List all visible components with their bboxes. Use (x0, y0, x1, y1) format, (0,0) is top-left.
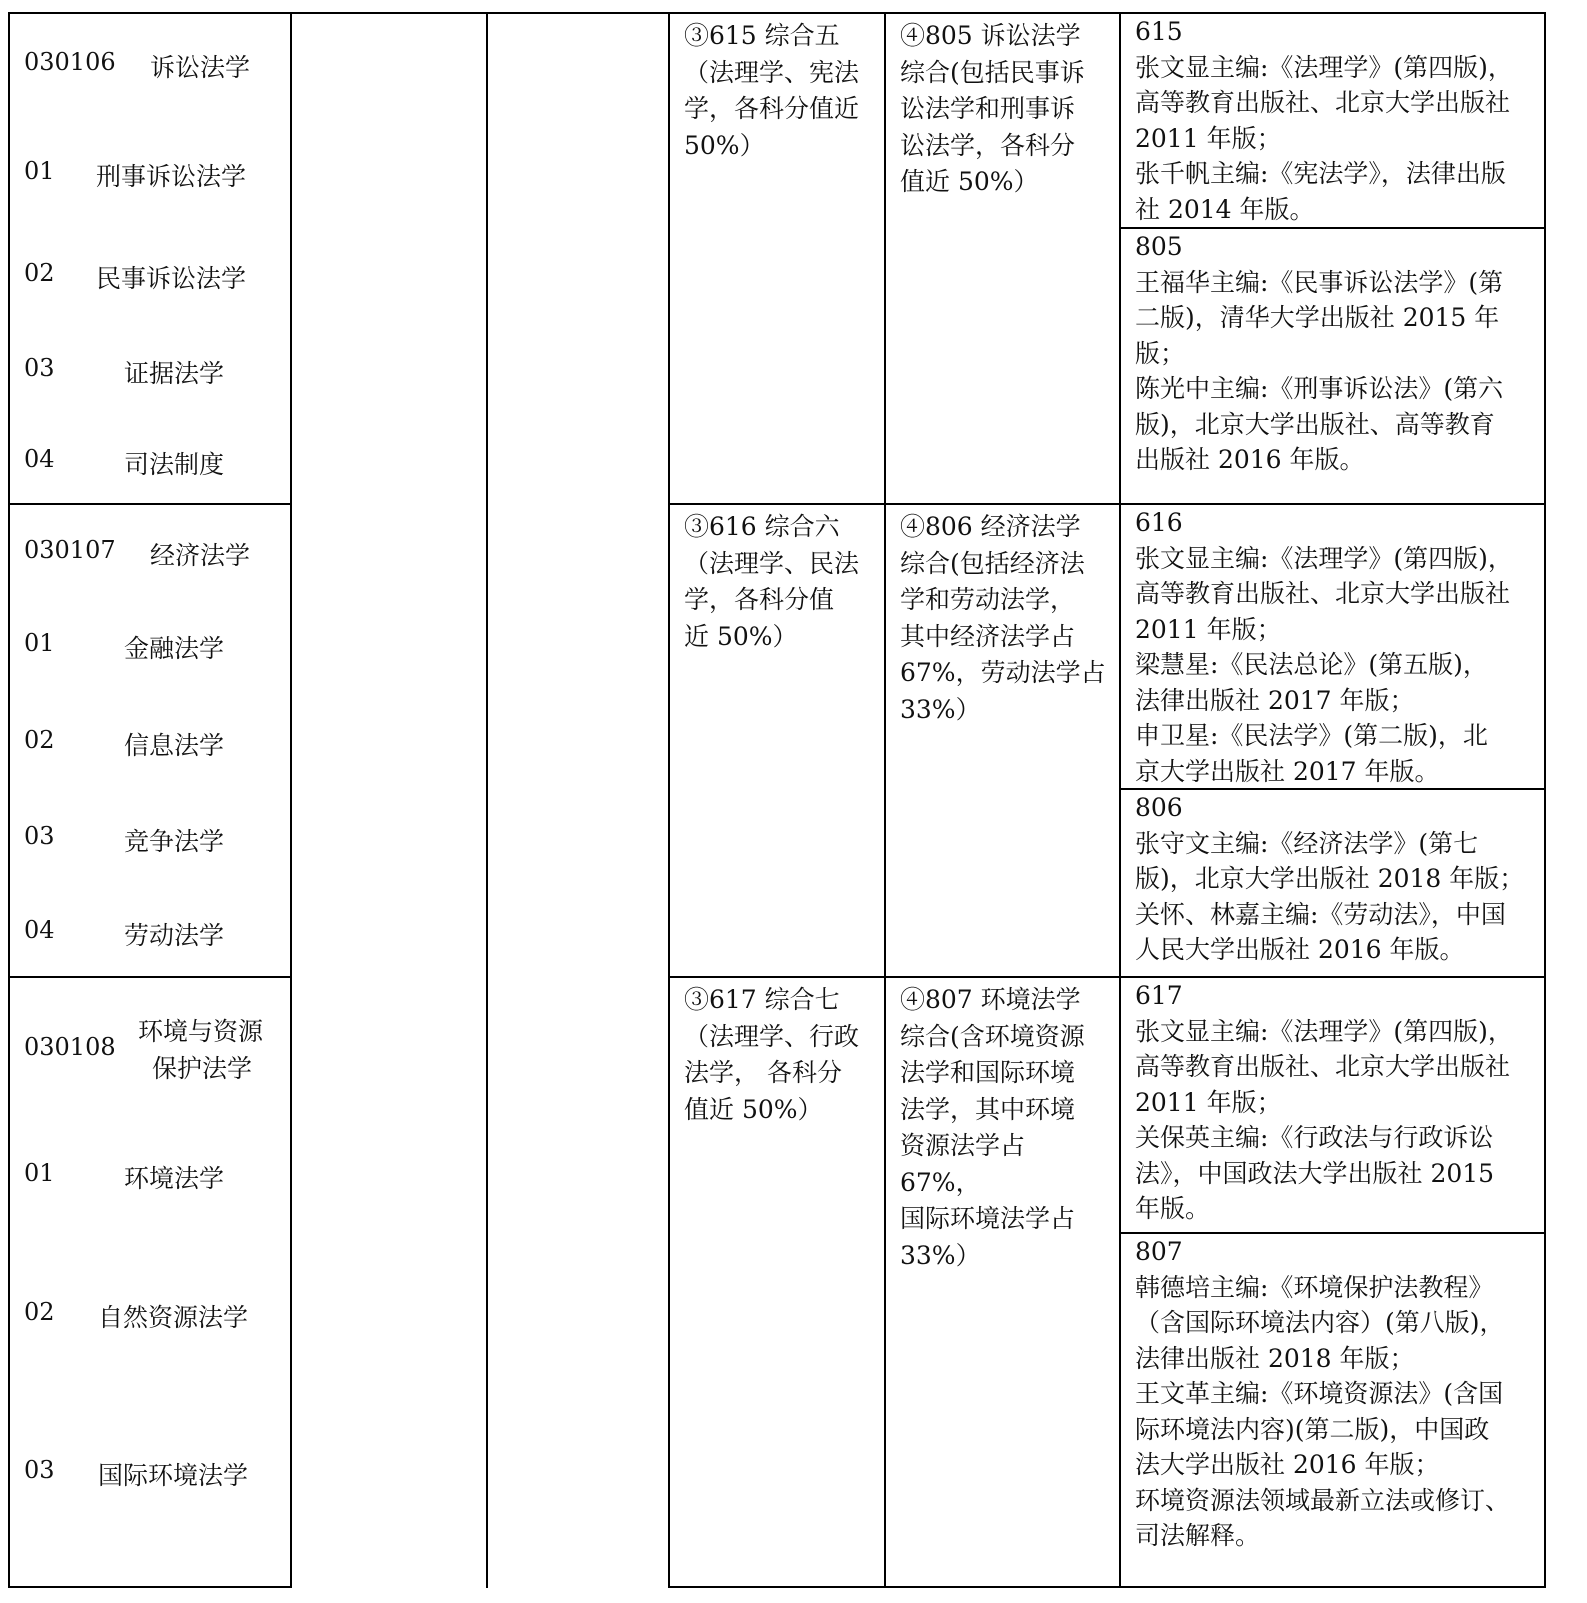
direction-code: 04 (24, 445, 55, 473)
ref-line: 人民大学出版社 2016 年版。 (1135, 932, 1533, 968)
major-code: 030108 (24, 1033, 116, 1061)
direction-name: 证据法学 (124, 354, 224, 390)
ref-line: 张文显主编:《法理学》(第四版)， (1135, 50, 1533, 86)
ref-line: 法律出版社 2017 年版； (1135, 683, 1533, 719)
ref-line: 法》，中国政法大学出版社 2015 (1135, 1156, 1533, 1192)
exam3-line: （法理学、宪法 (684, 55, 872, 92)
col-border-3 (668, 12, 670, 1588)
direction-name: 自然资源法学 (98, 1298, 248, 1334)
ref-line: 张文显主编:《法理学》(第四版)， (1135, 1014, 1533, 1050)
ref-line: 张守文主编:《经济法学》(第七 (1135, 826, 1533, 862)
ref-cell-806: 806 张守文主编:《经济法学》(第七 版)，北京大学出版社 2018 年版； … (1121, 790, 1545, 968)
direction-code: 02 (24, 726, 55, 754)
ref-line: 高等教育出版社、北京大学出版社 (1135, 1049, 1533, 1085)
exam3-line: 值近 50%） (684, 1092, 872, 1129)
direction-code: 03 (24, 354, 55, 382)
exam4-line: ④806 经济法学 (900, 509, 1108, 546)
ref-line: 际环境法内容)(第二版)，中国政 (1135, 1412, 1533, 1448)
ref-line: 2011 年版； (1135, 612, 1533, 648)
ref-line: 2011 年版； (1135, 121, 1533, 157)
exam4-line: ④807 环境法学 (900, 982, 1108, 1019)
ref-line: 王文革主编:《环境资源法》(含国 (1135, 1376, 1533, 1412)
direction-name: 信息法学 (124, 726, 224, 762)
exam4-line: 综合(包括经济法 (900, 546, 1108, 583)
exam4-line: 法学和国际环境 (900, 1055, 1108, 1092)
ref-code: 615 (1135, 14, 1533, 50)
ref-line: 版； (1135, 336, 1533, 372)
exam4-line: 33%） (900, 692, 1108, 729)
exam3-line: 50%） (684, 128, 872, 165)
ref-line: 京大学出版社 2017 年版。 (1135, 754, 1533, 790)
ref-line: 法律出版社 2018 年版； (1135, 1341, 1533, 1377)
col-border-2 (486, 12, 488, 1588)
ref-line: 关保英主编:《行政法与行政诉讼 (1135, 1120, 1533, 1156)
ref-line: 高等教育出版社、北京大学出版社 (1135, 85, 1533, 121)
ref-cell-807: 807 韩德培主编:《环境保护法教程》 （含国际环境法内容）(第八版)， 法律出… (1121, 1234, 1545, 1554)
ref-code: 617 (1135, 978, 1533, 1014)
exam3-line: ③617 综合七 (684, 982, 872, 1019)
major-name-line: 保护法学 (152, 1049, 252, 1085)
ref-line: 关怀、林嘉主编:《劳动法》，中国 (1135, 897, 1533, 933)
ref-code: 616 (1135, 505, 1533, 541)
direction-code: 01 (24, 629, 55, 657)
ref-code: 807 (1135, 1234, 1533, 1270)
table-bottom-border-left (8, 1586, 292, 1588)
direction-name: 金融法学 (124, 629, 224, 665)
exam4-line: 国际环境法学占 (900, 1201, 1108, 1238)
exam4-line: 学和劳动法学， (900, 582, 1108, 619)
exam3-line: 学，各科分值近 (684, 91, 872, 128)
ref-cell-617: 617 张文显主编:《法理学》(第四版)， 高等教育出版社、北京大学出版社 20… (1121, 978, 1545, 1227)
exam4-line: 讼法学，各科分 (900, 128, 1108, 165)
ref-cell-805: 805 王福华主编:《民事诉讼法学》(第 二版)，清华大学出版社 2015 年 … (1121, 229, 1545, 478)
exam3-line: 法学， 各科分 (684, 1055, 872, 1092)
exam3-line: 学，各科分值 (684, 582, 872, 619)
direction-name: 环境法学 (124, 1159, 224, 1195)
direction-code: 02 (24, 1298, 55, 1326)
exam3-cell-616: ③616 综合六 （法理学、民法 学，各科分值 近 50%） (670, 505, 884, 655)
ref-code: 805 (1135, 229, 1533, 265)
exam4-line: 其中经济法学占 (900, 619, 1108, 656)
exam4-line: 讼法学和刑事诉 (900, 91, 1108, 128)
direction-name: 民事诉讼法学 (96, 259, 246, 295)
ref-line: 版)，北京大学出版社、高等教育 (1135, 407, 1533, 443)
direction-code: 03 (24, 1456, 55, 1484)
exam4-line: ④805 诉讼法学 (900, 18, 1108, 55)
exam4-line: 资源法学占 67%， (900, 1128, 1108, 1201)
exam3-cell-615: ③615 综合五 （法理学、宪法 学，各科分值近 50%） (670, 14, 884, 164)
ref-line: 张文显主编:《法理学》(第四版)， (1135, 541, 1533, 577)
direction-name: 刑事诉讼法学 (96, 157, 246, 193)
exam3-line: （法理学、行政 (684, 1019, 872, 1056)
major-name-line: 环境与资源 (138, 1012, 263, 1048)
ref-line: 王福华主编:《民事诉讼法学》(第 (1135, 265, 1533, 301)
ref-line: 陈光中主编:《刑事诉讼法》(第六 (1135, 371, 1533, 407)
exam4-cell-806: ④806 经济法学 综合(包括经济法 学和劳动法学， 其中经济法学占 67%，劳… (886, 505, 1120, 728)
exam4-line: 值近 50%） (900, 164, 1108, 201)
direction-name: 国际环境法学 (98, 1456, 248, 1492)
ref-line: 社 2014 年版。 (1135, 192, 1533, 228)
exam3-cell-617: ③617 综合七 （法理学、行政 法学， 各科分 值近 50%） (670, 978, 884, 1128)
ref-cell-615: 615 张文显主编:《法理学》(第四版)， 高等教育出版社、北京大学出版社 20… (1121, 14, 1545, 227)
direction-code: 04 (24, 916, 55, 944)
col-border-1 (290, 12, 292, 1588)
exam3-line: ③615 综合五 (684, 18, 872, 55)
exam3-line: （法理学、民法 (684, 546, 872, 583)
exam4-cell-807: ④807 环境法学 综合(含环境资源 法学和国际环境 法学，其中环境 资源法学占… (886, 978, 1120, 1274)
direction-name: 劳动法学 (124, 916, 224, 952)
exam4-cell-805: ④805 诉讼法学 综合(包括民事诉 讼法学和刑事诉 讼法学，各科分 值近 50… (886, 14, 1120, 201)
direction-name: 司法制度 (124, 445, 224, 481)
exam3-line: 近 50%） (684, 619, 872, 656)
exam4-line: 67%，劳动法学占 (900, 655, 1108, 692)
major-cell-030108: 030108 环境与资源 保护法学 01 环境法学 02 自然资源法学 03 国… (10, 978, 290, 1586)
ref-line: 环境资源法领域最新立法或修订、 (1135, 1483, 1533, 1519)
ref-cell-616: 616 张文显主编:《法理学》(第四版)， 高等教育出版社、北京大学出版社 20… (1121, 505, 1545, 789)
major-cell-030107: 030107 经济法学 01 金融法学 02 信息法学 03 竞争法学 04 劳… (10, 505, 290, 976)
direction-code: 01 (24, 1159, 55, 1187)
ref-line: 韩德培主编:《环境保护法教程》 (1135, 1270, 1533, 1306)
major-cell-030106: 030106 诉讼法学 01 刑事诉讼法学 02 民事诉讼法学 03 证据法学 … (10, 14, 290, 503)
table-bottom-border-right (669, 1586, 1546, 1588)
direction-name: 竞争法学 (124, 822, 224, 858)
direction-code: 02 (24, 259, 55, 287)
ref-line: 司法解释。 (1135, 1518, 1533, 1554)
ref-line: 申卫星:《民法学》(第二版)，北 (1135, 718, 1533, 754)
ref-line: 张千帆主编:《宪法学》，法律出版 (1135, 156, 1533, 192)
direction-code: 03 (24, 822, 55, 850)
exam4-line: 综合(包括民事诉 (900, 55, 1108, 92)
col-border-4 (884, 12, 886, 1588)
ref-line: 二版)，清华大学出版社 2015 年 (1135, 300, 1533, 336)
exam4-line: 综合(含环境资源 (900, 1019, 1108, 1056)
ref-line: 高等教育出版社、北京大学出版社 (1135, 576, 1533, 612)
ref-line: 梁慧星:《民法总论》(第五版)， (1135, 647, 1533, 683)
major-code: 030107 (24, 536, 116, 564)
major-name: 经济法学 (150, 536, 250, 572)
ref-line: 出版社 2016 年版。 (1135, 442, 1533, 478)
ref-line: （含国际环境法内容）(第八版)， (1135, 1305, 1533, 1341)
major-code: 030106 (24, 48, 116, 76)
exam4-line: 法学，其中环境 (900, 1092, 1108, 1129)
ref-line: 版)，北京大学出版社 2018 年版； (1135, 861, 1533, 897)
exam3-line: ③616 综合六 (684, 509, 872, 546)
ref-code: 806 (1135, 790, 1533, 826)
ref-line: 年版。 (1135, 1191, 1533, 1227)
ref-line: 法大学出版社 2016 年版； (1135, 1447, 1533, 1483)
direction-code: 01 (24, 157, 55, 185)
exam4-line: 33%） (900, 1238, 1108, 1275)
ref-line: 2011 年版； (1135, 1085, 1533, 1121)
major-name: 诉讼法学 (150, 48, 250, 84)
